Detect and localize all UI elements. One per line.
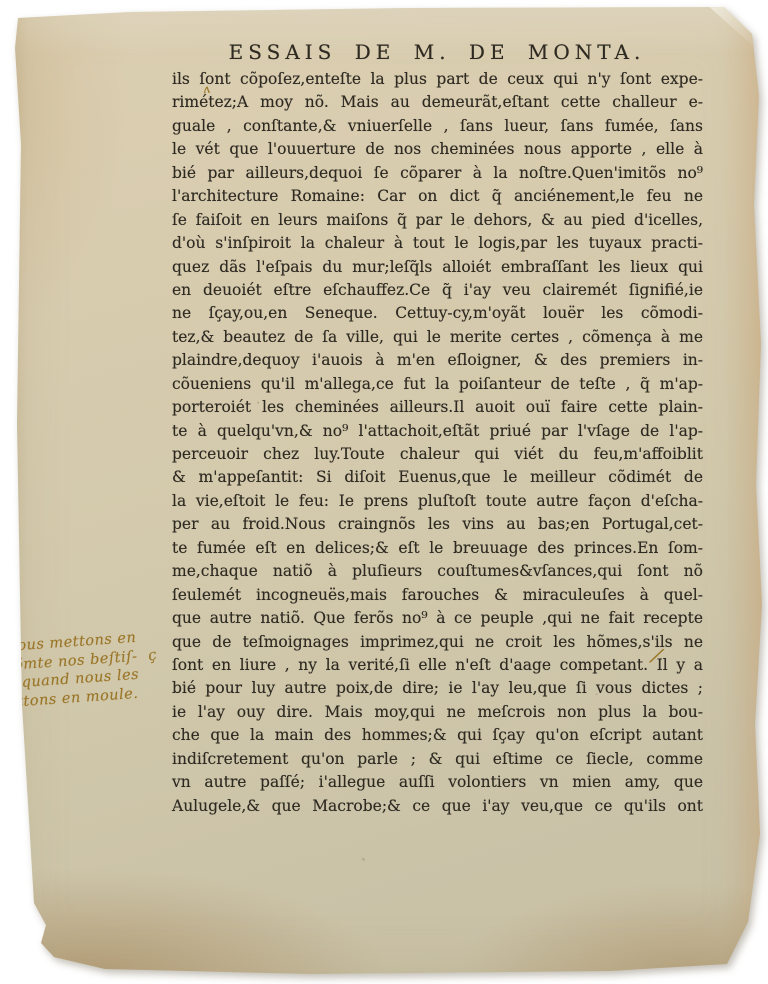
body-text-block: ils ſont cõpoſez,enteſte la plus part de…: [172, 68, 703, 818]
text-line: d'où s'inſpiroit la chaleur à tout le lo…: [172, 232, 703, 255]
text-line: Aulugele,& que Macrobe;& ce que i'ay veu…: [172, 795, 703, 818]
text-line: porteroiét les cheminées ailleurs.Il auo…: [172, 396, 703, 419]
text-line: me,chaque natiõ à pluſieurs couſtumes&vſ…: [172, 560, 703, 583]
text-line: perceuoir chez luy.Toute chaleur qui vié…: [172, 443, 703, 466]
text-line: per au froid.Nous craingnõs les vins au …: [172, 513, 703, 536]
text-line: te fumée eſt en delices;& eſt le breuuag…: [172, 537, 703, 560]
text-line: che que la main des hommes;& qui ſçay qu…: [172, 724, 703, 747]
text-line: ie l'ay ouy dire. Mais moy,qui ne meſcro…: [172, 701, 703, 724]
text-line: bié par ailleurs,dequoi ſe cõparer à la …: [172, 162, 703, 185]
page-corner-fold: [706, 4, 762, 54]
text-line: le vét que l'ouuerture de nos cheminées …: [172, 138, 703, 161]
text-line: ſeulemét incogneuës,mais farouches & mir…: [172, 584, 703, 607]
text-line: la vie,eſtoit le feu: Ie prens pluſtoſt …: [172, 490, 703, 513]
text-line: l'architecture Romaine: Car on dict q̃ a…: [172, 185, 703, 208]
text-line: que autre natiõ. Que ferõs no⁹ à ce peup…: [172, 607, 703, 630]
page-shadow: ESSAIS DE M. DE MONTA. ils ſont cõpoſez,…: [10, 4, 762, 976]
scanned-document: ESSAIS DE M. DE MONTA. ils ſont cõpoſez,…: [0, 0, 768, 984]
text-line: tez,& beautez de ſa ville, qui le merite…: [172, 326, 703, 349]
text-line: quez dãs l'eſpais du mur;leſq̃ls alloiét…: [172, 256, 703, 279]
text-line: plaindre,dequoy i'auois à m'en eſloigner…: [172, 349, 703, 372]
text-line: te à quelqu'vn,& no⁹ l'attachoit,eſtãt p…: [172, 420, 703, 443]
text-line: ils ſont cõpoſez,enteſte la plus part de…: [172, 68, 703, 91]
handwritten-marginal-note: Nous mettons en cõmte nos beſtiſ- q̃ qua…: [4, 626, 181, 712]
text-line: bié pour luy autre poix,de dire; ie l'ay…: [172, 677, 703, 700]
running-header: ESSAIS DE M. DE MONTA.: [172, 40, 702, 64]
text-line: indiſcretement qu'on parle ; & qui eſtim…: [172, 748, 703, 771]
book-page: ESSAIS DE M. DE MONTA. ils ſont cõpoſez,…: [10, 4, 762, 976]
text-line: & m'appeſantit: Si diſoit Euenus,que le …: [172, 466, 703, 489]
caret-insertion-mark-icon: ʌ: [202, 82, 211, 97]
text-line: guale , conſtante,& vniuerſelle , ſans l…: [172, 115, 703, 138]
text-line: en deuoiét eſtre eſchauffez.Ce q̃ i'ay v…: [172, 279, 703, 302]
text-line: ne ſçay,ou,en Seneque. Cettuy-cy,m'oyãt …: [172, 302, 703, 325]
text-line: vn autre paſſé; i'allegue auſſi volontie…: [172, 771, 703, 794]
text-line: ſont en liure , ny la verité,ſi elle n'e…: [172, 654, 703, 677]
text-line: rimétez;A moy nõ. Mais au demeurãt,eſtan…: [172, 91, 703, 114]
text-line: ſe faiſoit en leurs maiſons q̃ par le de…: [172, 209, 703, 232]
text-line: cõueniens qu'il m'allega,ce fut la poiſa…: [172, 373, 703, 396]
text-line: que de teſmoignages imprimez,qui ne croi…: [172, 631, 703, 654]
